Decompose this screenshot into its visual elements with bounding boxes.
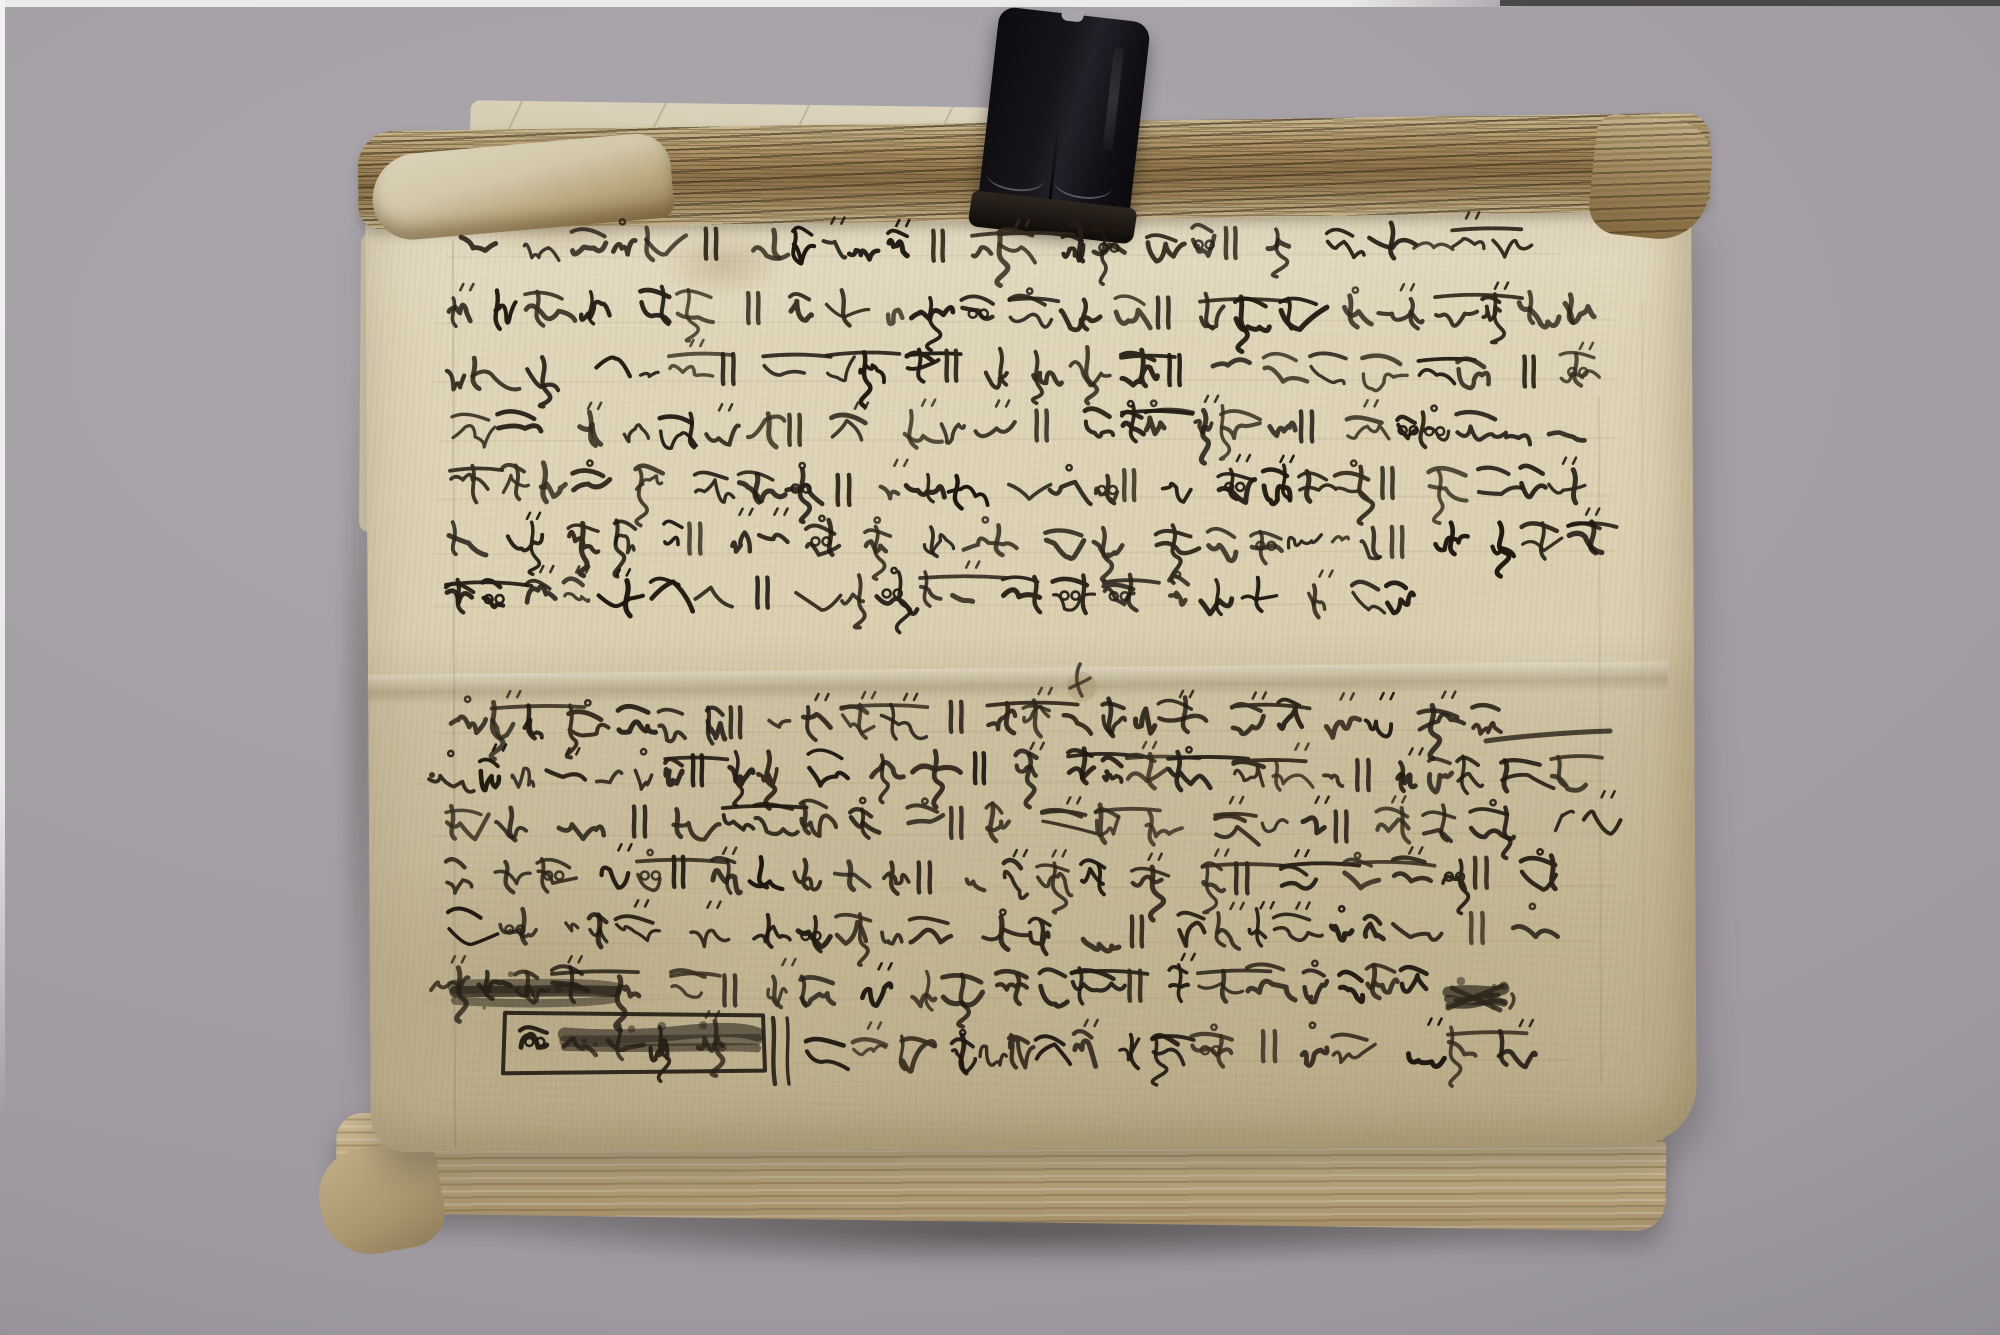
battery-embossed-label xyxy=(1102,47,1124,151)
photo-top-edge-light xyxy=(0,0,1530,7)
photo-top-edge-dark xyxy=(1500,0,2000,6)
battery-cell-highlight xyxy=(986,160,1047,194)
battery-cell-highlight xyxy=(1053,167,1114,201)
photograph: Photograph of an open handwritten manusc… xyxy=(0,0,2000,1335)
photo-left-edge xyxy=(0,0,5,1120)
camera-battery xyxy=(977,6,1151,228)
battery-notch xyxy=(1061,8,1084,22)
manuscript-page xyxy=(365,192,1697,1152)
fold-crease xyxy=(368,661,1668,705)
top-right-page-edge-tuft xyxy=(1586,112,1716,244)
